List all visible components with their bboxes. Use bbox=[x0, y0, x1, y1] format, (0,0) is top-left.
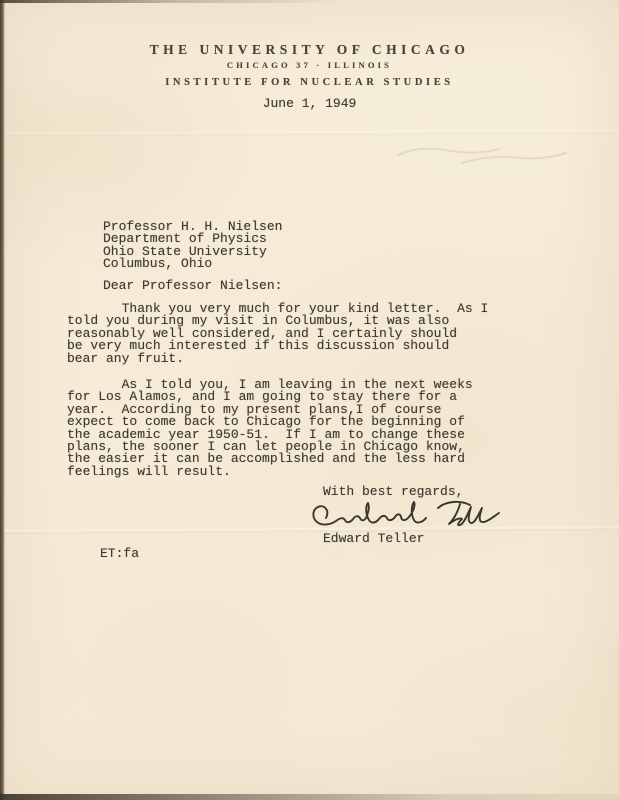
fold-crease-top bbox=[0, 130, 619, 137]
letterhead-institute: INSTITUTE FOR NUCLEAR STUDIES bbox=[0, 77, 619, 88]
typist-reference: ET:fa bbox=[100, 548, 139, 560]
faint-pencil-marks bbox=[392, 141, 572, 169]
closing-line: With best regards, bbox=[323, 486, 463, 498]
scanned-letter: THE UNIVERSITY OF CHICAGO CHICAGO 37 · I… bbox=[0, 0, 619, 800]
paper-edge-bottom bbox=[0, 794, 619, 800]
paper-edge-left bbox=[0, 0, 5, 800]
paper-edge-top bbox=[0, 0, 619, 3]
body-paragraph-1: Thank you very much for your kind letter… bbox=[67, 303, 488, 365]
salutation: Dear Professor Nielsen: bbox=[103, 280, 282, 292]
body-paragraph-2: As I told you, I am leaving in the next … bbox=[67, 379, 473, 478]
letterhead-university: THE UNIVERSITY OF CHICAGO bbox=[0, 42, 619, 58]
letter-date: June 1, 1949 bbox=[0, 98, 619, 110]
typed-sender-name: Edward Teller bbox=[323, 533, 424, 545]
letterhead-address-line: CHICAGO 37 · ILLINOIS bbox=[0, 60, 619, 70]
recipient-address: Professor H. H. Nielsen Department of Ph… bbox=[103, 221, 282, 271]
